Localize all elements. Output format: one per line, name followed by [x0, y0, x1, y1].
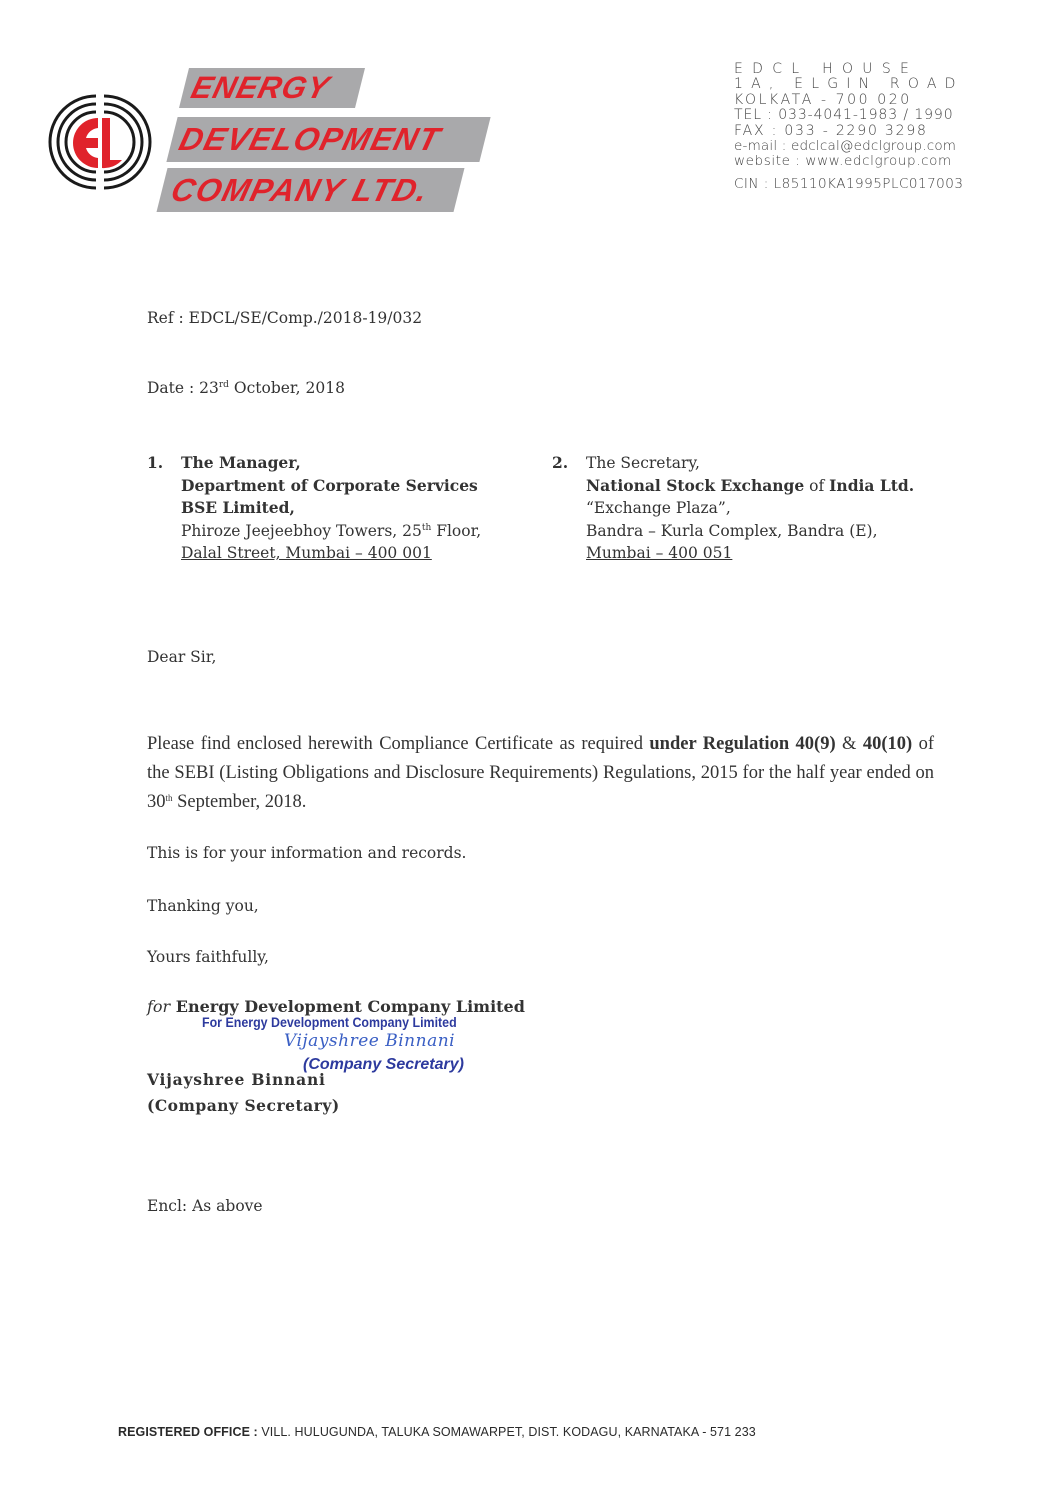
registered-office-footer: REGISTERED OFFICE : VILL. HULUGUNDA, TAL…: [118, 1424, 756, 1439]
org-name-part1: National Stock Exchange: [586, 476, 804, 495]
address-fax: FAX : 033 - 2290 3298: [734, 124, 964, 139]
salutation: Dear Sir,: [147, 648, 216, 666]
addressee-area: Bandra – Kurla Complex, Bandra (E),: [586, 520, 914, 543]
address-tel: TEL : 033-4041-1983 / 1990: [734, 108, 964, 123]
date-sup: rd: [219, 380, 229, 390]
addressee-nse: 2. The Secretary, National Stock Exchang…: [586, 452, 914, 565]
signer-role: (Company Secretary): [147, 1096, 340, 1115]
stamp-role: (Company Secretary): [303, 1056, 464, 1074]
address-building: EDCL HOUSE: [734, 62, 964, 77]
stamp-company: For Energy Development Company Limited: [202, 1015, 457, 1030]
addressee-number: 1.: [147, 452, 163, 475]
body-paragraph: Please find enclosed herewith Compliance…: [147, 730, 934, 817]
for-company-line: for Energy Development Company Limited: [147, 997, 525, 1016]
building-text: Phiroze Jeejeebhoy Towers, 25: [181, 522, 422, 540]
date-month-year: October, 2018: [229, 379, 345, 397]
edcl-logo-icon: [46, 88, 154, 196]
logo-band-development: DEVELOPMENT: [166, 117, 490, 162]
addressee-title: The Secretary,: [586, 452, 914, 475]
footer-label: REGISTERED OFFICE :: [118, 1424, 258, 1439]
logo-text-development: DEVELOPMENT: [166, 117, 490, 162]
addressee-organization: BSE Limited,: [181, 497, 481, 520]
logo-band-energy: ENERGY: [179, 68, 365, 108]
signer-name: Vijayshree Binnani: [147, 1070, 326, 1089]
addressee-department: Department of Corporate Services: [181, 475, 481, 498]
addressee-city: Mumbai – 400 051: [586, 542, 914, 565]
org-name-part2: India Ltd.: [829, 476, 914, 495]
letter-date: Date : 23rd October, 2018: [147, 379, 345, 397]
addressee-building: “Exchange Plaza”,: [586, 497, 914, 520]
floor-text: Floor,: [431, 522, 481, 540]
address-street: 1A, ELGIN ROAD: [734, 77, 964, 92]
logo-text-energy: ENERGY: [179, 68, 365, 108]
addressee-title: The Manager,: [181, 452, 481, 475]
addressee-building: Phiroze Jeejeebhoy Towers, 25th Floor,: [181, 520, 481, 543]
body-text: Please find enclosed herewith Compliance…: [147, 734, 649, 754]
letterhead-address: EDCL HOUSE 1A, ELGIN ROAD KOLKATA - 700 …: [734, 62, 964, 192]
body-sup: th: [166, 793, 173, 803]
date-day: Date : 23: [147, 379, 219, 397]
info-line: This is for your information and records…: [147, 844, 466, 862]
addressee-number: 2.: [552, 452, 568, 475]
addressee-city: Dalal Street, Mumbai – 400 001: [181, 542, 481, 565]
logo-band-company: COMPANY LTD.: [157, 168, 465, 212]
for-company-name: Energy Development Company Limited: [170, 997, 525, 1016]
handwritten-signature: Vijayshree Binnani: [284, 1031, 455, 1051]
floor-sup: th: [422, 523, 431, 533]
for-prefix: for: [147, 997, 170, 1016]
reference-number: Ref : EDCL/SE/Comp./2018-19/032: [147, 309, 422, 327]
footer-address: VILL. HULUGUNDA, TALUKA SOMAWARPET, DIST…: [258, 1424, 756, 1439]
body-ampersand: &: [836, 734, 863, 754]
addressee-organization: National Stock Exchange of India Ltd.: [586, 475, 914, 498]
address-cin: CIN : L85110KA1995PLC017003: [734, 177, 964, 192]
address-email[interactable]: e-mail : edclcal@edclgroup.com: [734, 139, 964, 154]
body-bold-regulation: under Regulation: [649, 734, 789, 754]
address-website[interactable]: website : www.edclgroup.com: [734, 154, 964, 169]
body-bold-40-9: 40(9): [796, 734, 836, 754]
org-name-mid: of: [804, 477, 829, 495]
address-city: KOLKATA - 700 020: [734, 93, 964, 108]
logo-text-company: COMPANY LTD.: [157, 168, 465, 212]
addressee-bse: 1. The Manager, Department of Corporate …: [181, 452, 481, 565]
body-bold-40-10: 40(10): [863, 734, 912, 754]
enclosure-note: Encl: As above: [147, 1197, 263, 1215]
body-text-end: September, 2018.: [173, 792, 307, 812]
thanks-line: Thanking you,: [147, 897, 259, 915]
closing-line: Yours faithfully,: [147, 948, 269, 966]
